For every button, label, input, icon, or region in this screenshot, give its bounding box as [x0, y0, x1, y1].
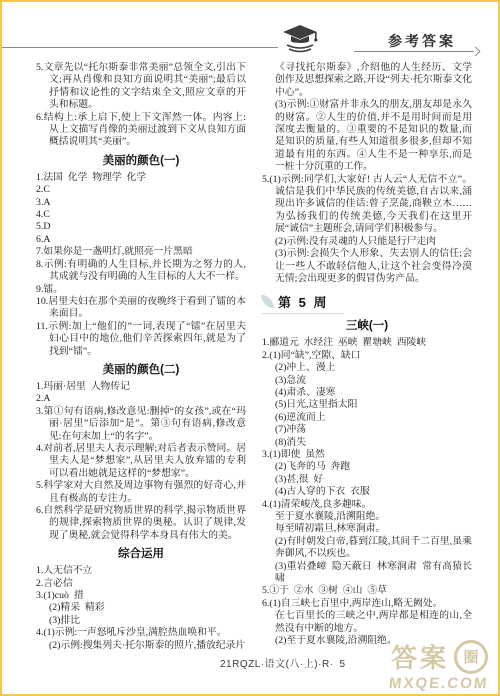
- answer-line: (4)古人穿的下衣 衣服: [262, 486, 472, 498]
- answer-line: (8)消失: [262, 437, 472, 449]
- header-rule-left: [2, 47, 278, 48]
- answer-line: (2)有时朝发白帝,暮到江陵,其间千二百里,虽乘奔御风,不以疾也。: [262, 536, 472, 561]
- left-column: 5.文章先以“托尔斯泰非常美丽”总领全文,引出下文;再从肖像和良知方面说明其“美…: [36, 62, 246, 652]
- answer-line: 3.A: [36, 197, 246, 209]
- answer-line: (2)示例:没有灵魂的人只能是行尸走肉: [262, 236, 472, 248]
- answer-line: 在七百里长的三峡之中,两岸都是相连的山,全然没有中断的地方。: [262, 610, 472, 635]
- answer-line: 5.文章先以“托尔斯泰非常美丽”总领全文,引出下文;再从肖像和良知方面说明其“美…: [36, 62, 246, 112]
- section-title: 综合运用: [36, 545, 246, 564]
- answer-line: 4.(1)示例:一声怒吼斥沙皇,满腔热血唤和平。: [36, 627, 246, 639]
- answer-line: 8.示例:有明确的人生目标,并长期为之努力的人,其成就与没有明确的人生目标的人大…: [36, 259, 246, 284]
- answer-line: 2.言必信: [36, 578, 246, 590]
- answer-line: 7.如果你是一盏明灯,就照亮一片黑暗: [36, 246, 246, 258]
- answer-line: 1.人无信不立: [36, 565, 246, 577]
- answer-line: (3)急流: [262, 375, 472, 387]
- answer-line: 2.C: [36, 184, 246, 196]
- watermark-site: MXQE.COM: [388, 675, 489, 692]
- answer-page: 参考答案 5.文章先以“托尔斯泰非常美丽”总领全文,引出下文;再从肖像和良知方面…: [0, 0, 500, 696]
- answer-line: (2)示例:搜集列夫·托尔斯泰的照片,播放纪录片: [36, 640, 246, 652]
- answer-line: 4.对前者,居里夫人表示理解;对后者表示赞同。居里夫人是“梦想家”,从居里夫人放…: [36, 443, 246, 480]
- watermark: 答案 圈 MXQE.COM: [389, 638, 488, 692]
- answer-columns: 5.文章先以“托尔斯泰非常美丽”总领全文,引出下文;再从肖像和良知方面说明其“美…: [36, 62, 472, 652]
- page-number: 5: [340, 659, 346, 670]
- footer-text: 21RQZL·语文(八·上)·R·: [220, 659, 334, 670]
- answer-line: 3.(1)即使 虽然: [262, 449, 472, 461]
- answer-line: 至于夏水襄陵,沿溯阻绝。: [262, 511, 472, 523]
- answer-line: 6.(1)自三峡七百里中,两岸连山,略无阙处。: [262, 598, 472, 610]
- header-rule-right: [354, 51, 474, 52]
- answer-line: 4.C: [36, 209, 246, 221]
- watermark-text: 答案: [391, 638, 449, 675]
- answer-line: 3.(1)cuò 措: [36, 590, 246, 602]
- footer: 21RQZL·语文(八·上)·R·5: [220, 655, 346, 670]
- answer-line: 1.玛丽·居里 人物传记: [36, 381, 246, 393]
- answer-line: (3)重岩叠嶂 隐天蔽日 林寒涧肃 常有高猿长啸: [262, 561, 472, 586]
- answer-line: 5.(1)示例:同学们,大家好! 古人云“人无信不立”。诚信是我们中华民族的传统…: [262, 174, 472, 236]
- answer-line: 1.法国 化学 物理学 化学: [36, 172, 246, 184]
- answer-line: 6.结构上:承上启下,使上下文浑然一体。内容上:从上文描写肖像的美丽过渡到下文从…: [36, 112, 246, 149]
- arrow-right-icon: [471, 47, 481, 57]
- answer-line: (5)日光,这里指太阳: [262, 399, 472, 411]
- graduation-cap-icon: [280, 24, 320, 54]
- answer-line: 5.①于 ②水 ③树 ④山 ⑤草: [262, 585, 472, 597]
- answer-line: 10.居里夫妇在那个美丽的夜晚终于看到了镭的本来面目。: [36, 296, 246, 321]
- answer-line: 9.镭。: [36, 284, 246, 296]
- answer-line: 11.示例:加上“他们的”一词,表现了“镭”在居里夫妇心目中的地位,他们辛苦探索…: [36, 321, 246, 358]
- watermark-badge-icon: 圈: [454, 640, 488, 674]
- answer-line: (3)示例:①财富并非永久的朋友,朋友却是永久的财富。②人生的价值,并不是用时间…: [262, 99, 472, 173]
- answer-line: (3)示例:会损失个人形象、失去别人的信任;会让一些人不敢轻信他人,让这个社会变…: [262, 248, 472, 285]
- section-title: 三峡(一): [262, 317, 472, 336]
- answer-line: 1.郦道元 水经注 巫峡 瞿塘峡 西陵峡: [262, 337, 472, 349]
- answer-line: 5.科学家对大自然及周边事物有强烈的好奇心,并且有极高的专注力。: [36, 480, 246, 505]
- answer-line: (3)甚,很 好: [262, 474, 472, 486]
- answer-line: 2.(1)同“缺”,空隙、缺口: [262, 350, 472, 362]
- answer-line: 5.D: [36, 221, 246, 233]
- right-column: 《寻找托尔斯泰》,介绍他的人生经历、文学创作及思想探索之路,开设“列夫·托尔斯泰…: [262, 62, 472, 652]
- answer-line: (3)排比: [36, 615, 246, 627]
- week-title: 第 5 周: [278, 292, 328, 311]
- answer-line: 6.A: [36, 234, 246, 246]
- page-title: 参考答案: [388, 31, 456, 51]
- answer-line: 每至晴初霜旦,林寒涧肃。: [262, 523, 472, 535]
- answer-line: (7)冲荡: [262, 424, 472, 436]
- section-title: 美丽的颜色(二): [36, 361, 246, 380]
- leaf-icon: [261, 293, 274, 310]
- section-title: 美丽的颜色(一): [36, 152, 246, 171]
- answer-line: (6)逆流而上: [262, 412, 472, 424]
- answer-line: (4)肃杀、凄寒: [262, 387, 472, 399]
- answer-line: (2)飞奔的马 奔跑: [262, 461, 472, 473]
- answer-line: (2)精采 精彩: [36, 602, 246, 614]
- answer-line: 6.自然科学是研究物质世界的科学,揭示物质世界的规律,探索物质世界的奥秘。认识了…: [36, 505, 246, 542]
- week-header: 第 5 周: [262, 292, 344, 314]
- answer-line: (2)冲上、漫上: [262, 362, 472, 374]
- answer-line: 3.第①句有语病,修改意见:删掉“的女孩”,或在“玛丽·居里”后添加“是”。第③…: [36, 406, 246, 443]
- answer-line: 2.A: [36, 393, 246, 405]
- answer-line: 《寻找托尔斯泰》,介绍他的人生经历、文学创作及思想探索之路,开设“列夫·托尔斯泰…: [262, 62, 472, 99]
- answer-line: 4.(1)清荣峻茂,良多趣味。: [262, 499, 472, 511]
